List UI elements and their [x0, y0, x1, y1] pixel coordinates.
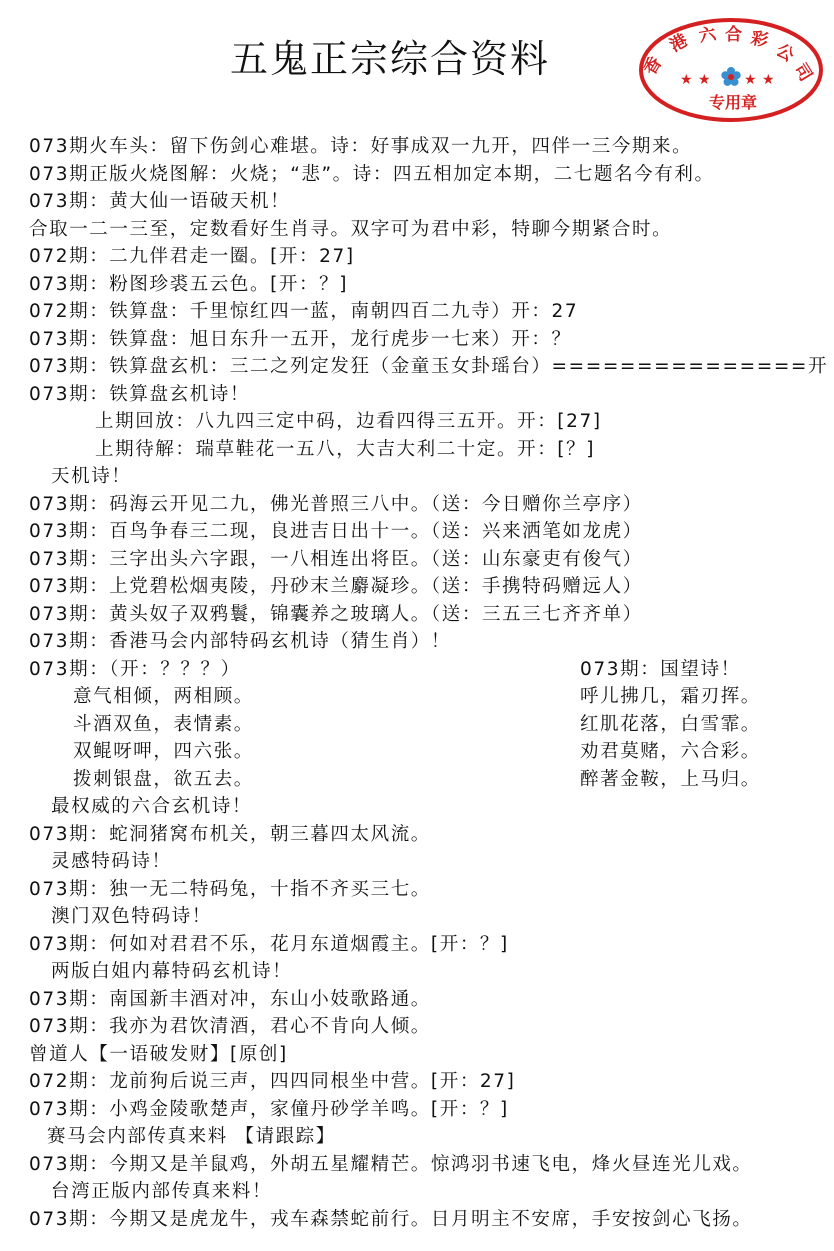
svg-text:彩: 彩 [749, 28, 770, 51]
text-line: 072期：铁算盘：千里惊红四一蓝，南朝四百二九寺）开：27 [29, 298, 829, 326]
section-heading: 最权威的六合玄机诗！ [29, 793, 829, 821]
star-icon: ★ [680, 72, 693, 88]
right-poem-column: 073期：国望诗！ 呼儿拂几，霜刃挥。 红肌花落，白雪霏。 劝君莫赌，六合彩。 … [580, 656, 830, 794]
text-line: 073期：独一无二特码兔，十指不齐买三七。 [29, 876, 829, 904]
text-line: 073期：我亦为君饮清酒，君心不肯向人倾。 [29, 1013, 829, 1041]
svg-text:司: 司 [790, 60, 816, 85]
text-line: 073期：香港马会内部特码玄机诗（猜生肖）！ [29, 628, 829, 656]
text-line: 073期：百鸟争春三二现，良进吉日出十一。（送：兴来洒笔如龙虎） [29, 518, 829, 546]
flower-emblem-icon [721, 67, 740, 86]
svg-text:合: 合 [725, 24, 742, 45]
text-line: 073期：黄大仙一语破天机！ [29, 188, 829, 216]
two-column-poem-block: 073期：（开：？？？） 意气相倾，两相顾。 斗酒双鱼，表情素。 双鲲呀呷，四六… [29, 656, 829, 794]
poem-line: 劝君莫赌，六合彩。 [580, 738, 830, 766]
text-line: 073期：小鸡金陵歌楚声，家僮丹砂学羊鸣。[开：？] [29, 1096, 829, 1124]
section-heading: 天机诗！ [29, 463, 829, 491]
svg-text:六: 六 [697, 24, 718, 47]
section-heading: 两版白姐内幕特码玄机诗！ [29, 958, 829, 986]
svg-text:专用章: 专用章 [709, 93, 757, 112]
official-seal-stamp: 香 港 六 合 彩 公 司 专用章 ★ ★ ★ ★ [636, 16, 826, 124]
text-line: 073期：上党碧松烟夷陵，丹砂末兰麝凝珍。（送：手携特码赠远人） [29, 573, 829, 601]
section-heading: 曾道人【一语破发财】[原创] [29, 1041, 829, 1069]
content-body: 073期火车头：留下伤剑心难堪。诗：好事成双一九开，四伴一三今期来。 073期正… [29, 133, 829, 1233]
section-heading: 赛马会内部传真来料 【请跟踪】 [29, 1123, 829, 1151]
text-line: 073期：粉图珍裘五云色。[开：？] [29, 271, 829, 299]
svg-text:公: 公 [772, 40, 797, 66]
poem-title: 073期：国望诗！ [580, 656, 830, 684]
star-icon: ★ [744, 72, 757, 88]
text-line: 073期：蛇洞猪窝布机关，朝三暮四太风流。 [29, 821, 829, 849]
page-title: 五鬼正宗综合资料 [230, 34, 550, 84]
text-line: 073期正版火烧图解：火烧；“悲”。诗：四五相加定本期，二七题名今有利。 [29, 161, 829, 189]
star-icon: ★ [762, 72, 775, 88]
section-heading: 灵感特码诗！ [29, 848, 829, 876]
text-line: 072期：二九伴君走一圈。[开：27] [29, 243, 829, 271]
text-line: 073期：铁算盘：旭日东升一五开，龙行虎步一七来）开：？ [29, 326, 829, 354]
text-line: 073期：铁算盘玄机：三二之列定发狂（金童玉女卦瑶台）=============… [29, 353, 829, 381]
text-line: 073期：今期又是虎龙牛，戎车森禁蛇前行。日月明主不安席，手安按剑心飞扬。 [29, 1206, 829, 1234]
text-line: 合取一二一三至，定数看好生肖寻。双字可为君中彩，特聊今期紧合时。 [29, 216, 829, 244]
poem-line: 醉著金鞍，上马归。 [580, 766, 830, 794]
star-icon: ★ [698, 72, 711, 88]
text-line: 073期：南国新丰酒对冲，东山小妓歌路通。 [29, 986, 829, 1014]
section-heading: 澳门双色特码诗！ [29, 903, 829, 931]
section-heading: 台湾正版内部传真来料！ [29, 1178, 829, 1206]
text-line: 073期：铁算盘玄机诗！ [29, 381, 829, 409]
text-line: 073期：码海云开见二九，佛光普照三八中。（送：今日赠你兰亭序） [29, 491, 829, 519]
text-line: 073期：三字出头六字跟，一八相连出将臣。（送：山东豪吏有俊气） [29, 546, 829, 574]
text-line: 上期回放：八九四三定中码，边看四得三五开。开：[27] [29, 408, 829, 436]
text-line: 073期：黄头奴子双鸦鬟，锦囊养之玻璃人。（送：三五三七齐齐单） [29, 601, 829, 629]
poem-line: 红肌花落，白雪霏。 [580, 711, 830, 739]
text-line: 上期待解：瑞草鞋花一五八，大吉大利二十定。开：[？] [29, 436, 829, 464]
text-line: 073期火车头：留下伤剑心难堪。诗：好事成双一九开，四伴一三今期来。 [29, 133, 829, 161]
poem-line: 呼儿拂几，霜刃挥。 [580, 683, 830, 711]
text-line: 072期：龙前狗后说三声，四四同根坐中营。[开：27] [29, 1068, 829, 1096]
text-line: 073期：今期又是羊鼠鸡，外胡五星耀精芒。惊鸿羽书速飞电，烽火昼连光儿戏。 [29, 1151, 829, 1179]
text-line: 073期：何如对君君不乐，花月东道烟霞主。[开：？] [29, 931, 829, 959]
